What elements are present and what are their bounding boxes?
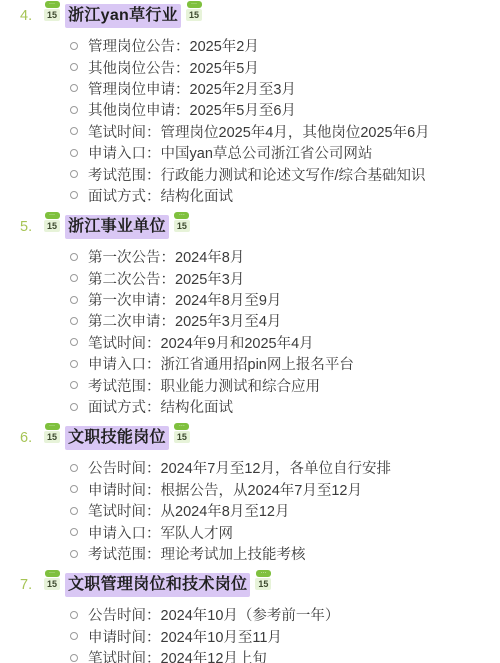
list-item: 第一次申请：2024年8月至9月 bbox=[70, 289, 490, 310]
citation-source-pill bbox=[187, 1, 202, 8]
list-item-text: 申请入口：浙江省通用招pin网上报名平台 bbox=[88, 353, 354, 374]
list-item: 面试方式：结构化面试 bbox=[70, 396, 490, 417]
section-title: 文职管理岗位和技术岗位 bbox=[65, 573, 250, 597]
list-item: 笔试时间：2024年9月和2025年4月 bbox=[70, 332, 490, 353]
citation-badge[interactable]: 15 bbox=[44, 212, 60, 232]
list-item-text: 考试范围：职业能力测试和综合应用 bbox=[88, 375, 320, 396]
list-item: 公告时间：2024年10月（参考前一年） bbox=[70, 604, 490, 625]
list-item: 第二次申请：2025年3月至4月 bbox=[70, 310, 490, 331]
bullet-circle-icon bbox=[70, 191, 78, 199]
section: 6. 15 文职技能岗位 15 公告时间：2024年7月至12月，各单位自行安排… bbox=[20, 427, 490, 564]
section-list: 公告时间：2024年7月至12月，各单位自行安排 申请时间：根据公告，从2024… bbox=[20, 457, 490, 564]
section: 7. 15 文职管理岗位和技术岗位 15 公告时间：2024年10月（参考前一年… bbox=[20, 574, 490, 663]
citation-number: 15 bbox=[44, 9, 60, 21]
bullet-circle-icon bbox=[70, 170, 78, 178]
list-item-text: 管理岗位公告：2025年2月 bbox=[88, 35, 259, 56]
bullet-circle-icon bbox=[70, 63, 78, 71]
section-title: 浙江yan草行业 bbox=[65, 4, 181, 28]
citation-source-pill bbox=[174, 423, 189, 430]
list-item: 公告时间：2024年7月至12月，各单位自行安排 bbox=[70, 457, 490, 478]
list-item: 其他岗位申请：2025年5月至6月 bbox=[70, 99, 490, 120]
list-item: 面试方式：结构化面试 bbox=[70, 185, 490, 206]
document-page: 4. 15 浙江yan草行业 15 管理岗位公告：2025年2月 其他岗位公告：… bbox=[0, 0, 500, 663]
section-number: 6. bbox=[20, 427, 35, 449]
list-item-text: 考试范围：理论考试加上技能考核 bbox=[88, 543, 306, 564]
bullet-circle-icon bbox=[70, 403, 78, 411]
section-header: 6. 15 文职技能岗位 15 bbox=[20, 427, 490, 449]
citation-source-pill bbox=[256, 570, 271, 577]
list-item: 考试范围：行政能力测试和论述文写作/综合基础知识 bbox=[70, 163, 490, 184]
section-title: 浙江事业单位 bbox=[65, 215, 169, 239]
list-item-text: 笔试时间：管理岗位2025年4月，其他岗位2025年6月 bbox=[88, 121, 430, 142]
section-number: 5. bbox=[20, 216, 35, 238]
citation-badge[interactable]: 15 bbox=[174, 423, 190, 443]
list-item-text: 笔试时间：从2024年8月至12月 bbox=[88, 500, 289, 521]
bullet-circle-icon bbox=[70, 127, 78, 135]
bullet-circle-icon bbox=[70, 84, 78, 92]
citation-number: 15 bbox=[255, 578, 271, 590]
list-item-text: 公告时间：2024年7月至12月，各单位自行安排 bbox=[88, 457, 391, 478]
list-item: 笔试时间：从2024年8月至12月 bbox=[70, 500, 490, 521]
list-item: 笔试时间：管理岗位2025年4月，其他岗位2025年6月 bbox=[70, 121, 490, 142]
list-item-text: 笔试时间：2024年12月上旬 bbox=[88, 647, 267, 663]
citation-number: 15 bbox=[44, 220, 60, 232]
list-item: 管理岗位公告：2025年2月 bbox=[70, 35, 490, 56]
list-item: 申请入口：浙江省通用招pin网上报名平台 bbox=[70, 353, 490, 374]
list-item-text: 其他岗位申请：2025年5月至6月 bbox=[88, 99, 296, 120]
list-item-text: 其他岗位公告：2025年5月 bbox=[88, 57, 259, 78]
citation-badge[interactable]: 15 bbox=[174, 212, 190, 232]
list-item-text: 面试方式：结构化面试 bbox=[88, 185, 233, 206]
list-item: 其他岗位公告：2025年5月 bbox=[70, 56, 490, 77]
list-item-text: 申请时间：根据公告，从2024年7月至12月 bbox=[88, 479, 362, 500]
citation-badge[interactable]: 15 bbox=[44, 570, 60, 590]
section-header: 4. 15 浙江yan草行业 15 bbox=[20, 5, 490, 27]
list-item-text: 申请时间：2024年10月至11月 bbox=[88, 626, 282, 647]
list-item-text: 第一次申请：2024年8月至9月 bbox=[88, 289, 281, 310]
bullet-circle-icon bbox=[70, 528, 78, 536]
citation-number: 15 bbox=[44, 578, 60, 590]
list-item: 考试范围：理论考试加上技能考核 bbox=[70, 543, 490, 564]
bullet-circle-icon bbox=[70, 381, 78, 389]
list-item: 申请时间：2024年10月至11月 bbox=[70, 626, 490, 647]
list-item-text: 面试方式：结构化面试 bbox=[88, 396, 233, 417]
citation-badge[interactable]: 15 bbox=[186, 1, 202, 21]
bullet-circle-icon bbox=[70, 253, 78, 261]
list-item: 第一次公告：2024年8月 bbox=[70, 246, 490, 267]
section-list: 第一次公告：2024年8月 第二次公告：2025年3月 第一次申请：2024年8… bbox=[20, 246, 490, 417]
list-item-text: 公告时间：2024年10月（参考前一年） bbox=[88, 604, 339, 625]
section-list: 管理岗位公告：2025年2月 其他岗位公告：2025年5月 管理岗位申请：202… bbox=[20, 35, 490, 206]
list-item-text: 第一次公告：2024年8月 bbox=[88, 246, 244, 267]
bullet-circle-icon bbox=[70, 317, 78, 325]
section-list: 公告时间：2024年10月（参考前一年） 申请时间：2024年10月至11月 笔… bbox=[20, 604, 490, 663]
citation-badge[interactable]: 15 bbox=[44, 1, 60, 21]
list-item-text: 第二次公告：2025年3月 bbox=[88, 268, 244, 289]
bullet-circle-icon bbox=[70, 296, 78, 304]
bullet-circle-icon bbox=[70, 464, 78, 472]
list-item-text: 考试范围：行政能力测试和论述文写作/综合基础知识 bbox=[88, 164, 426, 185]
bullet-circle-icon bbox=[70, 632, 78, 640]
list-item-text: 申请入口：军队人才网 bbox=[88, 522, 233, 543]
citation-number: 15 bbox=[174, 431, 190, 443]
bullet-circle-icon bbox=[70, 106, 78, 114]
citation-source-pill bbox=[45, 1, 60, 8]
section: 4. 15 浙江yan草行业 15 管理岗位公告：2025年2月 其他岗位公告：… bbox=[20, 5, 490, 206]
citation-number: 15 bbox=[174, 220, 190, 232]
bullet-circle-icon bbox=[70, 654, 78, 662]
bullet-circle-icon bbox=[70, 611, 78, 619]
list-item-text: 申请入口：中国yan草总公司浙江省公司网站 bbox=[88, 142, 372, 163]
bullet-circle-icon bbox=[70, 338, 78, 346]
section-number: 7. bbox=[20, 574, 35, 596]
bullet-circle-icon bbox=[70, 274, 78, 282]
bullet-circle-icon bbox=[70, 550, 78, 558]
sections: 4. 15 浙江yan草行业 15 管理岗位公告：2025年2月 其他岗位公告：… bbox=[20, 5, 490, 663]
citation-source-pill bbox=[45, 570, 60, 577]
list-item-text: 笔试时间：2024年9月和2025年4月 bbox=[88, 332, 314, 353]
section-header: 7. 15 文职管理岗位和技术岗位 15 bbox=[20, 574, 490, 596]
list-item: 第二次公告：2025年3月 bbox=[70, 268, 490, 289]
bullet-circle-icon bbox=[70, 149, 78, 157]
citation-badge[interactable]: 15 bbox=[44, 423, 60, 443]
list-item-text: 管理岗位申请：2025年2月至3月 bbox=[88, 78, 296, 99]
bullet-circle-icon bbox=[70, 507, 78, 515]
section-header: 5. 15 浙江事业单位 15 bbox=[20, 216, 490, 238]
citation-source-pill bbox=[174, 212, 189, 219]
section-title: 文职技能岗位 bbox=[65, 426, 169, 450]
list-item: 管理岗位申请：2025年2月至3月 bbox=[70, 78, 490, 99]
citation-source-pill bbox=[45, 423, 60, 430]
list-item: 考试范围：职业能力测试和综合应用 bbox=[70, 374, 490, 395]
citation-number: 15 bbox=[44, 431, 60, 443]
bullet-circle-icon bbox=[70, 485, 78, 493]
citation-number: 15 bbox=[186, 9, 202, 21]
list-item: 笔试时间：2024年12月上旬 bbox=[70, 647, 490, 663]
list-item: 申请入口：军队人才网 bbox=[70, 521, 490, 542]
section-number: 4. bbox=[20, 5, 35, 27]
bullet-circle-icon bbox=[70, 42, 78, 50]
list-item-text: 第二次申请：2025年3月至4月 bbox=[88, 310, 281, 331]
list-item: 申请入口：中国yan草总公司浙江省公司网站 bbox=[70, 142, 490, 163]
list-item: 申请时间：根据公告，从2024年7月至12月 bbox=[70, 479, 490, 500]
citation-source-pill bbox=[45, 212, 60, 219]
citation-badge[interactable]: 15 bbox=[255, 570, 271, 590]
bullet-circle-icon bbox=[70, 360, 78, 368]
section: 5. 15 浙江事业单位 15 第一次公告：2024年8月 第二次公告：2025… bbox=[20, 216, 490, 417]
